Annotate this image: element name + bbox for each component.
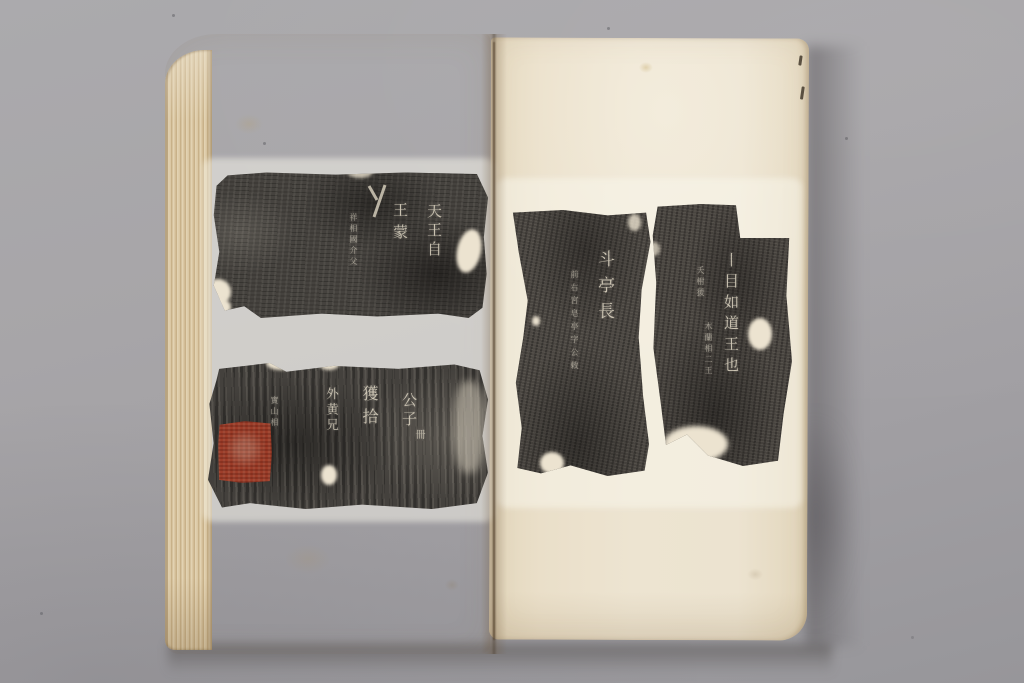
dust-speck — [607, 27, 610, 30]
paper-stain — [747, 568, 763, 580]
scratch-mark — [366, 184, 388, 220]
inscription-column: 公子 — [400, 392, 415, 430]
gutter-crease — [493, 42, 495, 640]
inscription-column: 丨目如道王也 — [722, 252, 737, 378]
inscription-annotation: 祥相國介父 — [349, 213, 357, 268]
rubbing-right-page-left: 斗亭長 前右宮皂亭字公敕 — [504, 210, 652, 476]
inscription-annotation: 木蘭相二王 — [704, 322, 712, 377]
dust-speck — [40, 612, 43, 615]
paper-stain — [235, 114, 263, 134]
inscription-subchar: 冊 — [413, 429, 423, 442]
rubbing-bottom-left: 公子 冊 獲拾 外黄兄 實山相 — [208, 363, 488, 509]
dust-speck — [172, 14, 175, 17]
inscription-annotation: 前右宮皂亭字公敕 — [570, 270, 578, 374]
book-cast-shadow — [796, 420, 886, 660]
inscription-annotation: 實山相 — [270, 396, 278, 429]
inscription-column: 斗亭長 — [596, 250, 613, 328]
dust-speck — [911, 636, 914, 639]
rubbing-top-left: 天王自 王蒙 祥相國介父 — [211, 171, 488, 318]
inscription-column: 外黄兄 — [325, 387, 338, 434]
red-collector-seal — [218, 421, 272, 483]
inscription-column: 獲拾 — [360, 385, 376, 431]
inscription-annotation: 夭柎猨 — [696, 266, 704, 299]
paper-stain — [285, 544, 331, 574]
worn-area — [454, 381, 484, 473]
paper-stain — [445, 579, 459, 591]
rubbing-right-page-right: 丨目如道王也 夭柎猨 木蘭相二王 — [652, 204, 792, 466]
damage-spot — [532, 316, 540, 326]
edge-damage — [628, 214, 641, 231]
damage-hole — [453, 227, 486, 275]
binding-stitch-mark — [800, 86, 805, 99]
damage-spot — [321, 465, 337, 485]
photograph: 天王自 王蒙 祥相國介父 公子 冊 獲拾 外黄兄 實山相 斗亭長 前右宮皂亭字公… — [0, 0, 1024, 683]
inscription-column: 天王自 — [425, 203, 440, 260]
inscription-column: 王蒙 — [391, 202, 406, 246]
damage-spot — [748, 318, 772, 350]
paper-stain — [639, 62, 653, 73]
binding-stitch-mark — [798, 55, 802, 65]
